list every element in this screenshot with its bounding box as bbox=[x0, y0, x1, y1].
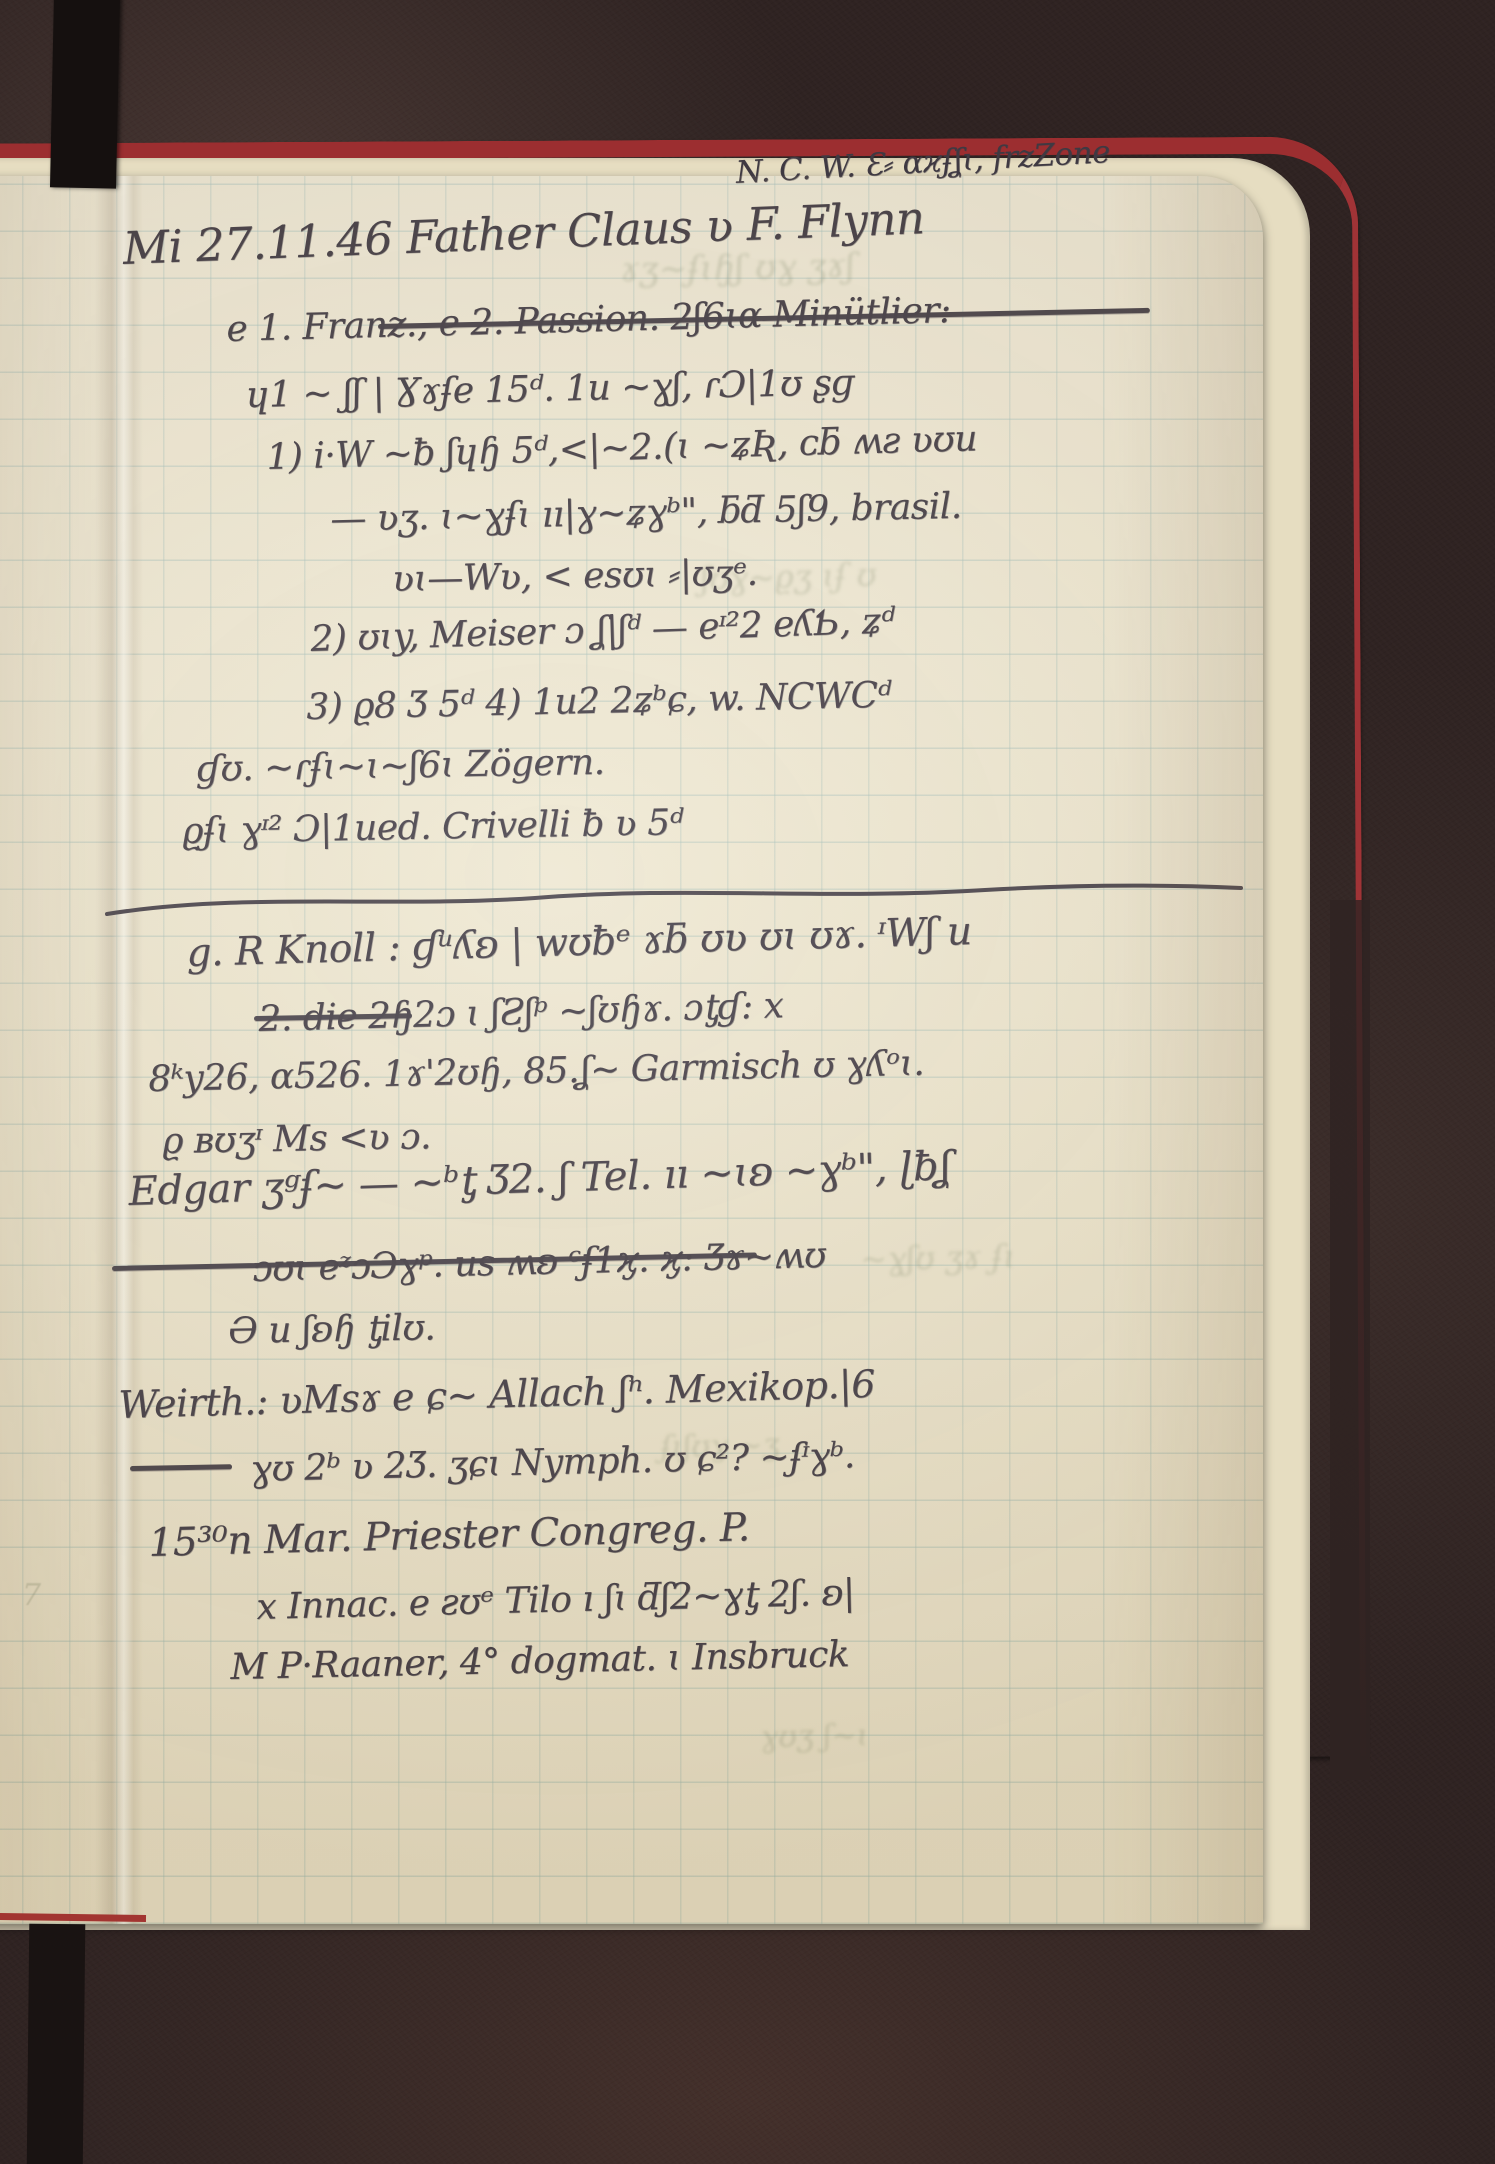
page-lighting-vignette bbox=[0, 176, 1263, 1924]
notebook-photo: ɤʒ~ʄɩɧʃ ʊɣ ʒɤʃ ʃʊɣ~ϱʒ ɩʄ ʊ ~ɣʃʊ ʒɤ ʄɩ ʄɩ… bbox=[0, 0, 1495, 2164]
elastic-strap-bottom bbox=[27, 1924, 86, 2164]
elastic-strap-top bbox=[50, 0, 120, 189]
cover-edge-fade bbox=[1330, 900, 1370, 1780]
